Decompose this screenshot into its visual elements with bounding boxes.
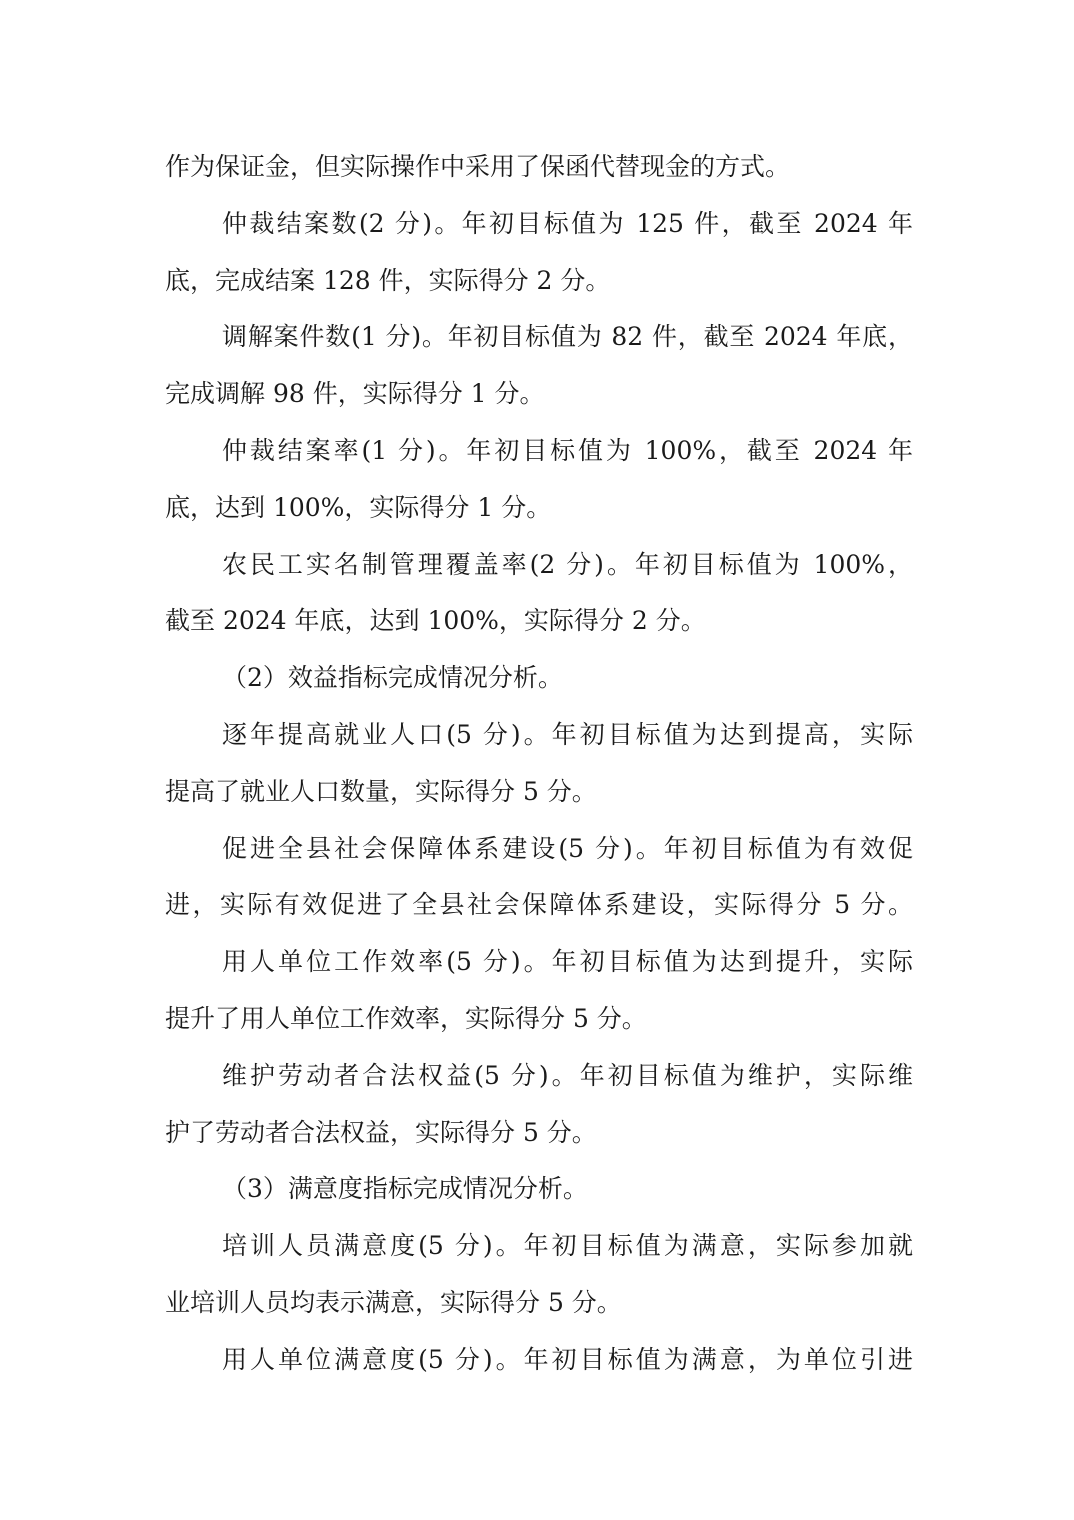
paragraph-line: 底，达到 100%，实际得分 1 分。 bbox=[165, 480, 913, 537]
paragraph-line: 进，实际有效促进了全县社会保障体系建设，实际得分 5 分。 bbox=[165, 877, 913, 934]
paragraph-line: 培训人员满意度(5 分)。年初目标值为满意，实际参加就 bbox=[165, 1218, 913, 1275]
paragraph-line: 截至 2024 年底，达到 100%，实际得分 2 分。 bbox=[165, 593, 913, 650]
paragraph-line: 仲裁结案率(1 分)。年初目标值为 100%，截至 2024 年 bbox=[165, 423, 913, 480]
paragraph-line: 用人单位工作效率(5 分)。年初目标值为达到提升，实际 bbox=[165, 934, 913, 991]
section-heading: （3）满意度指标完成情况分析。 bbox=[165, 1161, 913, 1218]
paragraph-line: 提高了就业人口数量，实际得分 5 分。 bbox=[165, 764, 913, 821]
paragraph-line: 护了劳动者合法权益，实际得分 5 分。 bbox=[165, 1105, 913, 1162]
paragraph-line: 完成调解 98 件，实际得分 1 分。 bbox=[165, 366, 913, 423]
paragraph-line: 仲裁结案数(2 分)。年初目标值为 125 件，截至 2024 年 bbox=[165, 196, 913, 253]
document-body: 作为保证金，但实际操作中采用了保函代替现金的方式。 仲裁结案数(2 分)。年初目… bbox=[165, 139, 913, 1389]
paragraph-line: 作为保证金，但实际操作中采用了保函代替现金的方式。 bbox=[165, 139, 913, 196]
paragraph-line: 农民工实名制管理覆盖率(2 分)。年初目标值为 100%， bbox=[165, 537, 913, 594]
paragraph-line: 逐年提高就业人口(5 分)。年初目标值为达到提高，实际 bbox=[165, 707, 913, 764]
section-heading: （2）效益指标完成情况分析。 bbox=[165, 650, 913, 707]
document-page: 作为保证金，但实际操作中采用了保函代替现金的方式。 仲裁结案数(2 分)。年初目… bbox=[0, 0, 1074, 1520]
paragraph-line: 维护劳动者合法权益(5 分)。年初目标值为维护，实际维 bbox=[165, 1048, 913, 1105]
paragraph-line: 促进全县社会保障体系建设(5 分)。年初目标值为有效促 bbox=[165, 821, 913, 878]
paragraph-line: 调解案件数(1 分)。年初目标值为 82 件，截至 2024 年底， bbox=[165, 309, 913, 366]
paragraph-line: 业培训人员均表示满意，实际得分 5 分。 bbox=[165, 1275, 913, 1332]
paragraph-line: 提升了用人单位工作效率，实际得分 5 分。 bbox=[165, 991, 913, 1048]
paragraph-line: 底，完成结案 128 件，实际得分 2 分。 bbox=[165, 253, 913, 310]
paragraph-line: 用人单位满意度(5 分)。年初目标值为满意，为单位引进 bbox=[165, 1332, 913, 1389]
